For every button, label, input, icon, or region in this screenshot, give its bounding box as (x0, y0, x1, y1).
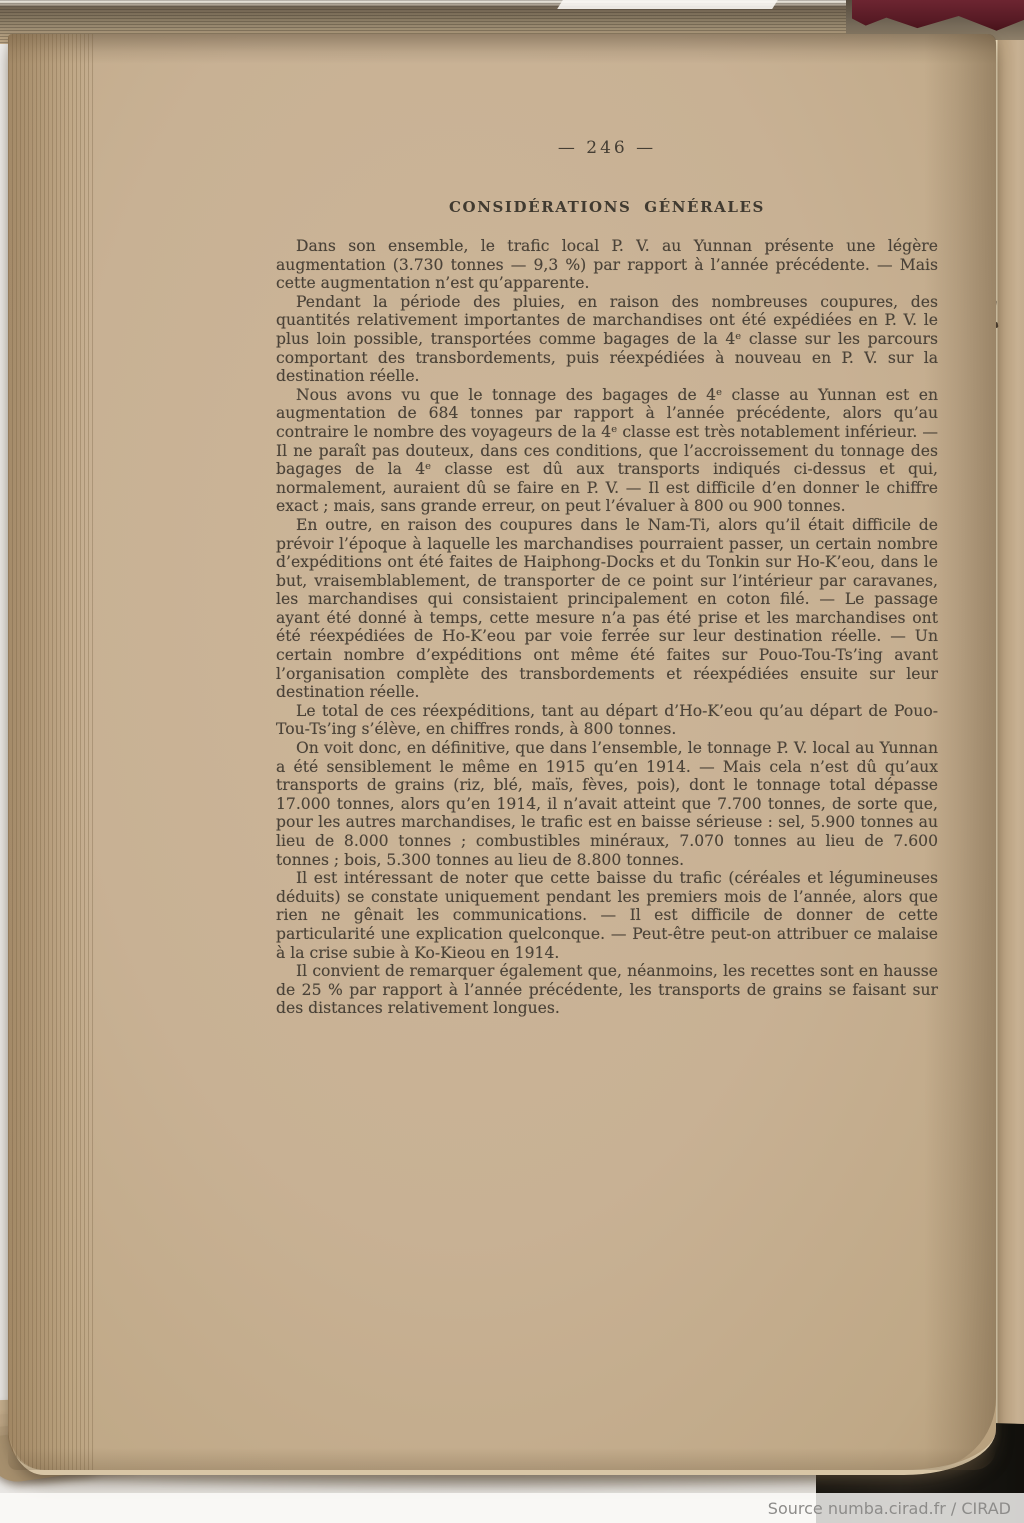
page-top-shadow (8, 34, 996, 64)
gutter-fold-next-page (994, 40, 1024, 1442)
paragraph: Dans son ensemble, le trafic local P. V.… (276, 237, 938, 293)
scanned-book-page-view: — 246 — CONSIDÉRATIONS GÉNÉRALES Dans so… (0, 0, 1024, 1523)
body-text: Dans son ensemble, le trafic local P. V.… (276, 237, 938, 1018)
paragraph: Il convient de remarquer également que, … (276, 962, 938, 1018)
paragraph: Le total de ces réexpéditions, tant au d… (276, 702, 938, 739)
paragraph: En outre, en raison des coupures dans le… (276, 516, 938, 702)
book-page: — 246 — CONSIDÉRATIONS GÉNÉRALES Dans so… (8, 34, 996, 1475)
paragraph: Il est intéressant de noter que cette ba… (276, 869, 938, 962)
watermark-label: Source numba.cirad.fr / CIRAD (768, 1499, 1011, 1518)
paragraph: Pendant la période des pluies, en raison… (276, 293, 938, 386)
page-number: — 246 — (276, 138, 938, 158)
source-watermark: Source numba.cirad.fr / CIRAD (0, 1493, 1024, 1523)
page-stack-left-edges (8, 34, 94, 1470)
section-heading: CONSIDÉRATIONS GÉNÉRALES (276, 198, 938, 216)
page-bottom-shadow (8, 1448, 996, 1470)
paragraph: On voit donc, en définitive, que dans l’… (276, 739, 938, 869)
paragraph: Nous avons vu que le tonnage des bagages… (276, 386, 938, 516)
scan-glare (557, 0, 778, 9)
